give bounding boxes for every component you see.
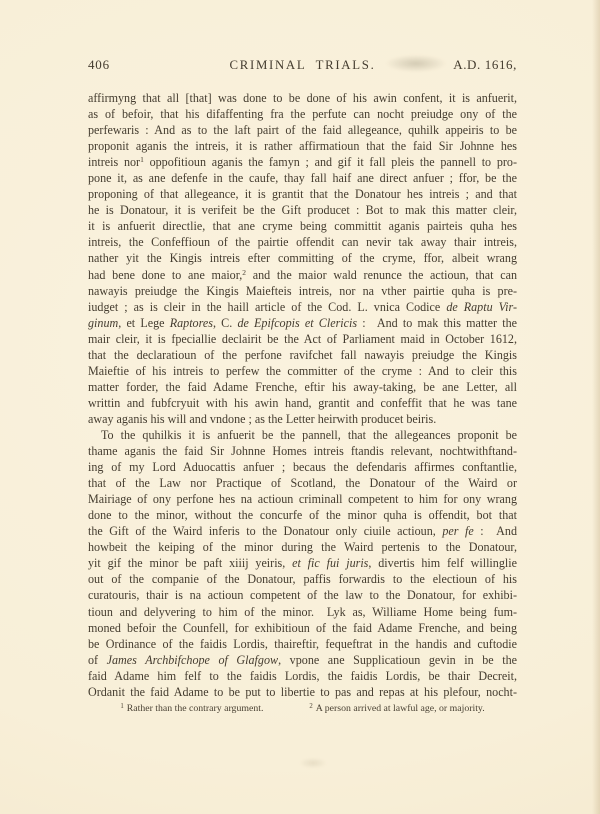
text-segment: proponing of that allegeance, it is gran… <box>88 187 517 201</box>
text-segment: matter forder, the faid Adame Frenche, e… <box>88 380 517 394</box>
text-line: it is anfuerit directlie, that ane cryme… <box>88 218 517 234</box>
text-line: iudget ; as is cleir in the haill articl… <box>88 299 517 315</box>
text-segment: , vpone ane Supplicatioun gevin in be th… <box>278 653 517 667</box>
italic-text: ginum <box>88 316 118 330</box>
italic-text: et fic fui juris <box>292 556 368 570</box>
footnote-2-text: A person arrived at lawful age, or major… <box>316 703 485 714</box>
text-line: mair cleir, it is fpeciallie declairit b… <box>88 331 517 347</box>
text-segment: thame aganis the faid Sir Johnne Homes i… <box>88 444 517 458</box>
italic-text: per fe <box>442 524 473 538</box>
text-segment: that of the Law nor Practique of Scotlan… <box>88 476 517 490</box>
text-segment: tioun and delyvering to him of the minor… <box>88 605 517 619</box>
footnote-1-marker: 1 <box>120 703 123 710</box>
text-segment: that the declaratioun of the perfone rav… <box>88 348 517 362</box>
text-line: matter forder, the faid Adame Frenche, e… <box>88 379 517 395</box>
text-line: out of the companie of the Donatour, paf… <box>88 571 517 587</box>
footnotes: 1Rather than the contrary argument. 2A p… <box>88 703 517 714</box>
text-line: tioun and delyvering to him of the minor… <box>88 604 517 620</box>
page-title: CRIMINAL TRIALS. <box>230 58 376 73</box>
body-text: affirmyng that all [that] was done to be… <box>88 90 517 700</box>
text-segment: out of the companie of the Donatour, paf… <box>88 572 517 586</box>
text-line: proponing of that allegeance, it is gran… <box>88 186 517 202</box>
footnote-2: 2A person arrived at lawful age, or majo… <box>309 703 484 714</box>
italic-text: de Raptu Vir- <box>446 300 517 314</box>
text-segment: writtin and fubfcryuit with his awin han… <box>88 396 517 410</box>
footnote-1: 1Rather than the contrary argument. <box>120 703 263 714</box>
text-segment: To the quhilkis it is anfuerit be the pa… <box>101 428 517 442</box>
text-line: pone it, as ane defenfe in the caufe, th… <box>88 170 517 186</box>
text-segment: away aganis his will and vndone ; as the… <box>88 412 436 426</box>
text-line: he is Donatour, it is verifeit be the Gi… <box>88 202 517 218</box>
text-line: affirmyng that all [that] was done to be… <box>88 90 517 106</box>
page-edge-shadow <box>592 0 600 814</box>
text-segment: intreis, the Confeffioun of the pairtie … <box>88 235 517 249</box>
text-line: curatouris, thair is na actioun competen… <box>88 587 517 603</box>
text-segment: be Ordinance of the faidis Lordis, thair… <box>88 637 517 651</box>
text-line: the Gift of the Waird inferis to the Don… <box>88 523 517 539</box>
text-segment: nawayis preiudge the Kingis Maiefteis in… <box>88 284 517 298</box>
text-line: writtin and fubfcryuit with his awin han… <box>88 395 517 411</box>
text-segment: iudget ; as is cleir in the haill articl… <box>88 300 446 314</box>
text-segment: as of befoir, that his difaffenting fra … <box>88 107 517 121</box>
text-line: done to the minor, without the concurfe … <box>88 507 517 523</box>
text-line: proponit aganis the intreis, it is rathe… <box>88 138 517 154</box>
text-segment: it is anfuerit directlie, that ane cryme… <box>88 219 517 233</box>
italic-text: Raptores <box>170 316 213 330</box>
text-segment: : And to mak this matter the <box>357 316 517 330</box>
text-segment: affirmyng that all [that] was done to be… <box>88 91 517 105</box>
paper-blemish <box>300 758 326 768</box>
text-segment: faid Adame him felf to the faidis Lordis… <box>88 669 517 683</box>
text-segment: , divertis him felf willinglie <box>368 556 517 570</box>
text-line: away aganis his will and vndone ; as the… <box>88 411 517 427</box>
text-line: intreis nor1 oppofitioun aganis the famy… <box>88 154 517 170</box>
text-line: yit gif the minor be paft xiiij yeiris, … <box>88 555 517 571</box>
book-page: 406 CRIMINAL TRIALS. A.D. 1616, affirmyn… <box>0 0 600 814</box>
text-segment: Maieftie of his intreis to perfew the co… <box>88 364 517 378</box>
text-line: of James Archbifchope of Glafgow, vpone … <box>88 652 517 668</box>
text-segment: curatouris, thair is na actioun competen… <box>88 588 517 602</box>
text-segment: oppofitioun aganis the famyn ; and gif i… <box>144 155 517 169</box>
text-line: had bene done to ane maior,2 and the mai… <box>88 267 517 283</box>
text-segment: pone it, as ane defenfe in the caufe, th… <box>88 171 517 185</box>
text-segment: of <box>88 653 107 667</box>
text-segment: , C. <box>213 316 237 330</box>
text-segment: and the maior wald renunce the actioun, … <box>246 268 517 282</box>
footnote-2-marker: 2 <box>309 703 312 710</box>
text-segment: intreis nor <box>88 155 140 169</box>
text-line: that the declaratioun of the perfone rav… <box>88 347 517 363</box>
text-segment: howbeit the keiping of the minor during … <box>88 540 517 554</box>
text-line: thame aganis the faid Sir Johnne Homes i… <box>88 443 517 459</box>
text-segment: , et Lege <box>118 316 169 330</box>
text-segment: yit gif the minor be paft xiiij yeiris, <box>88 556 292 570</box>
text-segment: perfewaris : And as to the laft pairt of… <box>88 123 517 137</box>
page-header: 406 CRIMINAL TRIALS. A.D. 1616, <box>88 57 517 73</box>
text-segment: Mairiage of ony perfone hes na actioun c… <box>88 492 517 506</box>
text-line: as of befoir, that his difaffenting fra … <box>88 106 517 122</box>
text-line: be Ordinance of the faidis Lordis, thair… <box>88 636 517 652</box>
date-label: A.D. 1616, <box>453 57 517 73</box>
page-number: 406 <box>88 57 110 73</box>
footnote-1-text: Rather than the contrary argument. <box>127 703 264 714</box>
text-line: moned befoir the Counfell, for exhibitio… <box>88 620 517 636</box>
text-line: Mairiage of ony perfone hes na actioun c… <box>88 491 517 507</box>
text-line: To the quhilkis it is anfuerit be the pa… <box>88 427 517 443</box>
text-line: Maieftie of his intreis to perfew the co… <box>88 363 517 379</box>
text-line: nather yit the Kingis intreis efter comm… <box>88 250 517 266</box>
text-line: perfewaris : And as to the laft pairt of… <box>88 122 517 138</box>
text-segment: he is Donatour, it is verifeit be the Gi… <box>88 203 517 217</box>
text-line: ginum, et Lege Raptores, C. de Epifcopis… <box>88 315 517 331</box>
text-segment: mair cleir, it is fpeciallie declairit b… <box>88 332 517 346</box>
text-segment: ing of my Lord Aduocattis anfuer ; becau… <box>88 460 517 474</box>
text-line: nawayis preiudge the Kingis Maiefteis in… <box>88 283 517 299</box>
text-segment: moned befoir the Counfell, for exhibitio… <box>88 621 517 635</box>
text-segment: proponit aganis the intreis, it is rathe… <box>88 139 517 153</box>
text-line: that of the Law nor Practique of Scotlan… <box>88 475 517 491</box>
italic-text: de Epifcopis et Clericis <box>237 316 357 330</box>
text-segment: done to the minor, without the concurfe … <box>88 508 517 522</box>
text-segment: had bene done to ane maior, <box>88 268 242 282</box>
text-line: howbeit the keiping of the minor during … <box>88 539 517 555</box>
text-segment: the Gift of the Waird inferis to the Don… <box>88 524 442 538</box>
text-segment: Ordanit the faid Adame to be put to libe… <box>88 685 517 699</box>
text-line: ing of my Lord Aduocattis anfuer ; becau… <box>88 459 517 475</box>
text-line: faid Adame him felf to the faidis Lordis… <box>88 668 517 684</box>
text-line: intreis, the Confeffioun of the pairtie … <box>88 234 517 250</box>
text-line: Ordanit the faid Adame to be put to libe… <box>88 684 517 700</box>
italic-text: James Archbifchope of Glafgow <box>107 653 278 667</box>
text-segment: : And <box>474 524 517 538</box>
text-segment: nather yit the Kingis intreis efter comm… <box>88 251 517 265</box>
